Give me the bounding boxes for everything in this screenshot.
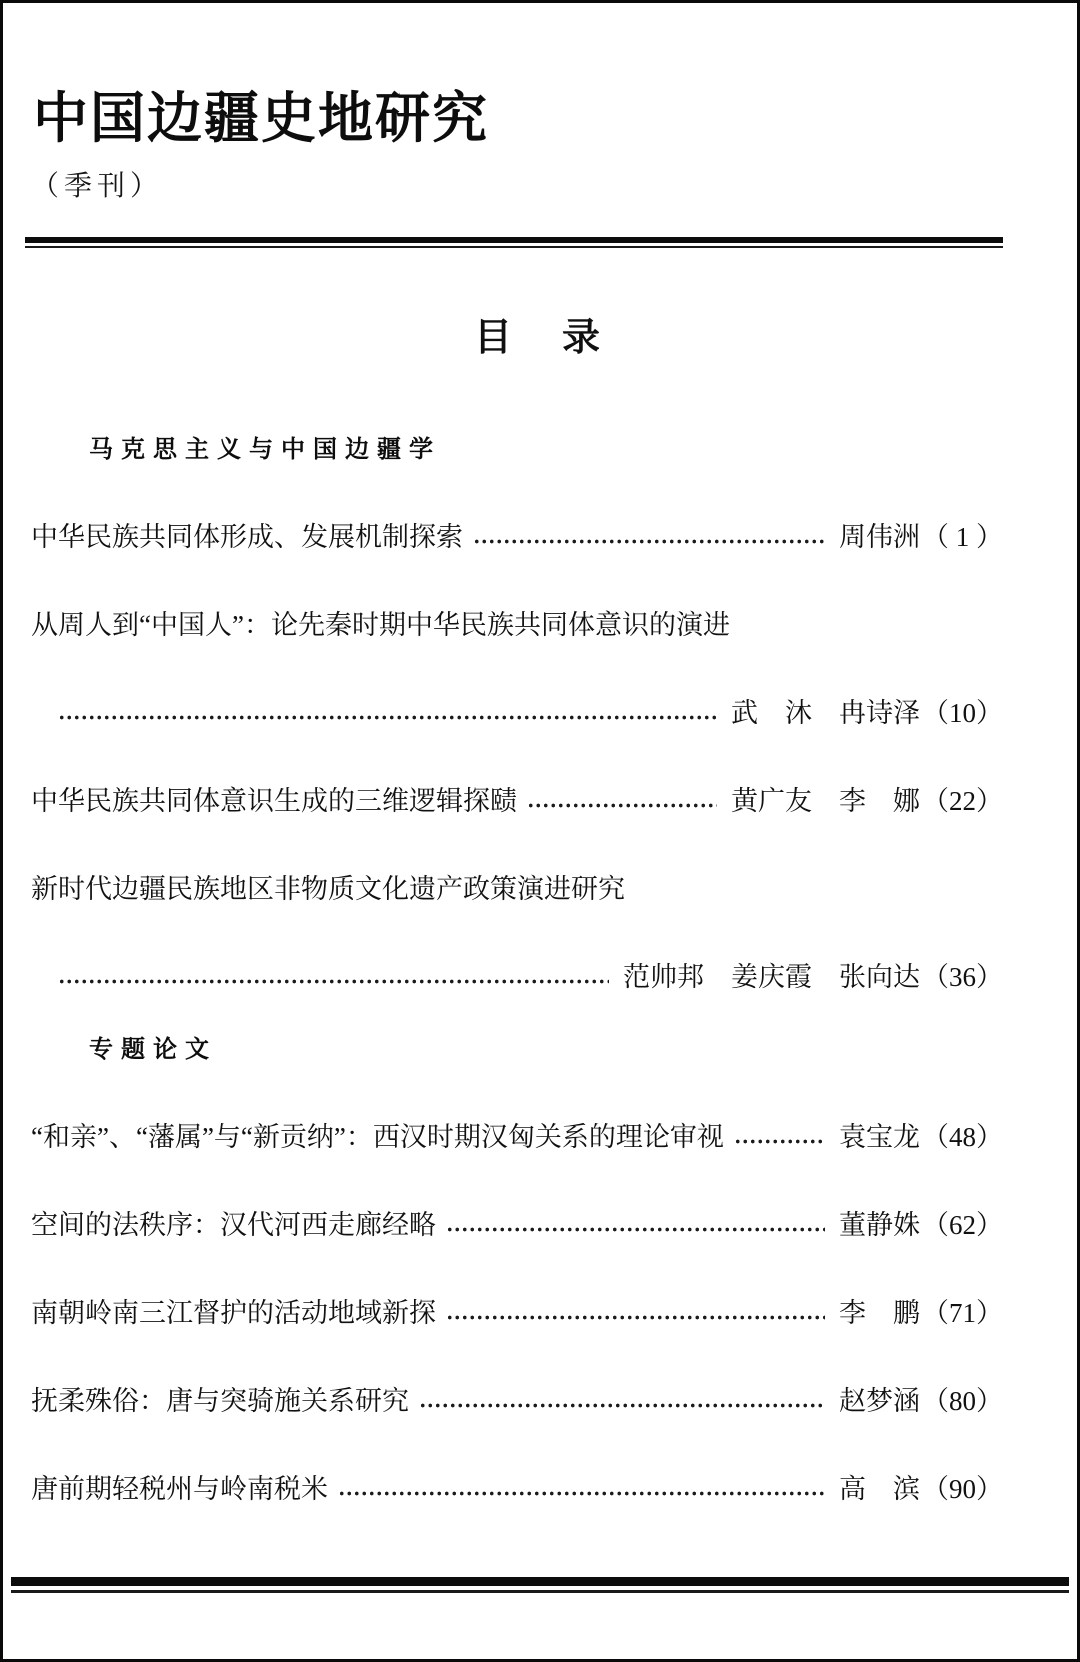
entry-title: “和亲”、“藩属”与“新贡纳”：西汉时期汉匈关系的理论审视 [31,1119,724,1155]
section-heading-special-topics: 专题论文 [89,1033,1003,1067]
toc-entry: 中华民族共同体形成、发展机制探索 周伟洲 （ 1 ） [31,519,1003,555]
entry-authors: 袁宝龙 [839,1119,920,1155]
entry-authors: 周伟洲 [839,519,920,555]
dot-leader [527,803,717,808]
dot-leader [58,715,717,720]
dot-leader [338,1491,825,1496]
entry-page-number: （90） [922,1471,1003,1507]
entry-page-number: （62） [922,1207,1003,1243]
entry-page-number: （71） [922,1295,1003,1331]
header-rule-thin [25,246,1003,248]
dot-leader [446,1227,825,1232]
entry-page-number: （22） [922,783,1003,819]
toc-entry: 从周人到“中国人”：论先秦时期中华民族共同体意识的演进 武 沐 冉诗泽 （10） [31,607,1003,731]
section-heading-marxism-borderland: 马克思主义与中国边疆学 [89,433,1003,467]
entry-authors: 李 鹏 [839,1295,920,1331]
entry-page-number: （10） [922,695,1003,731]
entry-title: 新时代边疆民族地区非物质文化遗产政策演进研究 [31,871,625,907]
footer-double-rule [11,1577,1069,1593]
entry-page-number: （80） [922,1383,1003,1419]
journal-toc-page: 中国边疆史地研究 （季刊） 目 录 马克思主义与中国边疆学 中华民族共同体形成、… [0,0,1080,1662]
toc-entry: “和亲”、“藩属”与“新贡纳”：西汉时期汉匈关系的理论审视 袁宝龙 （48） [31,1119,1003,1155]
entry-page-number: （48） [922,1119,1003,1155]
entry-authors: 武 沐 冉诗泽 [731,695,920,731]
dot-leader [473,539,825,544]
toc-entry: 中华民族共同体意识生成的三维逻辑探赜 黄广友 李 娜 （22） [31,783,1003,819]
header-double-rule [25,237,1003,248]
entry-title: 南朝岭南三江督护的活动地域新探 [31,1295,436,1331]
entry-title: 从周人到“中国人”：论先秦时期中华民族共同体意识的演进 [31,607,730,643]
entry-authors: 黄广友 李 娜 [731,783,920,819]
entry-page-number: （36） [922,959,1003,995]
entry-title: 空间的法秩序：汉代河西走廊经略 [31,1207,436,1243]
toc-entry: 新时代边疆民族地区非物质文化遗产政策演进研究 范帅邦 姜庆霞 张向达 （36） [31,871,1003,995]
dot-leader [734,1139,825,1144]
dot-leader [419,1403,825,1408]
toc-entry: 唐前期轻税州与岭南税米 高 滨 （90） [31,1471,1003,1507]
journal-subtitle: （季刊） [31,164,1077,204]
entry-authors: 高 滨 [839,1471,920,1507]
entry-title: 中华民族共同体意识生成的三维逻辑探赜 [31,783,517,819]
toc-entry: 空间的法秩序：汉代河西走廊经略 董静姝 （62） [31,1207,1003,1243]
entry-title: 中华民族共同体形成、发展机制探索 [31,519,463,555]
footer-rule-thin [11,1590,1069,1593]
journal-title: 中国边疆史地研究 [33,89,1077,148]
entry-authors: 范帅邦 姜庆霞 张向达 [623,959,920,995]
toc-title: 目 录 [3,306,1077,361]
toc-entry: 抚柔殊俗：唐与突骑施关系研究 赵梦涵 （80） [31,1383,1003,1419]
footer-rule-thick [11,1577,1069,1586]
entry-title: 抚柔殊俗：唐与突骑施关系研究 [31,1383,409,1419]
dot-leader [58,979,609,984]
entry-page-number: （ 1 ） [922,519,1003,555]
toc-body: 马克思主义与中国边疆学 中华民族共同体形成、发展机制探索 周伟洲 （ 1 ） 从… [31,433,1003,1507]
dot-leader [446,1315,825,1320]
entry-authors: 赵梦涵 [839,1383,920,1419]
entry-authors: 董静姝 [839,1207,920,1243]
toc-entry: 南朝岭南三江督护的活动地域新探 李 鹏 （71） [31,1295,1003,1331]
entry-title: 唐前期轻税州与岭南税米 [31,1471,328,1507]
